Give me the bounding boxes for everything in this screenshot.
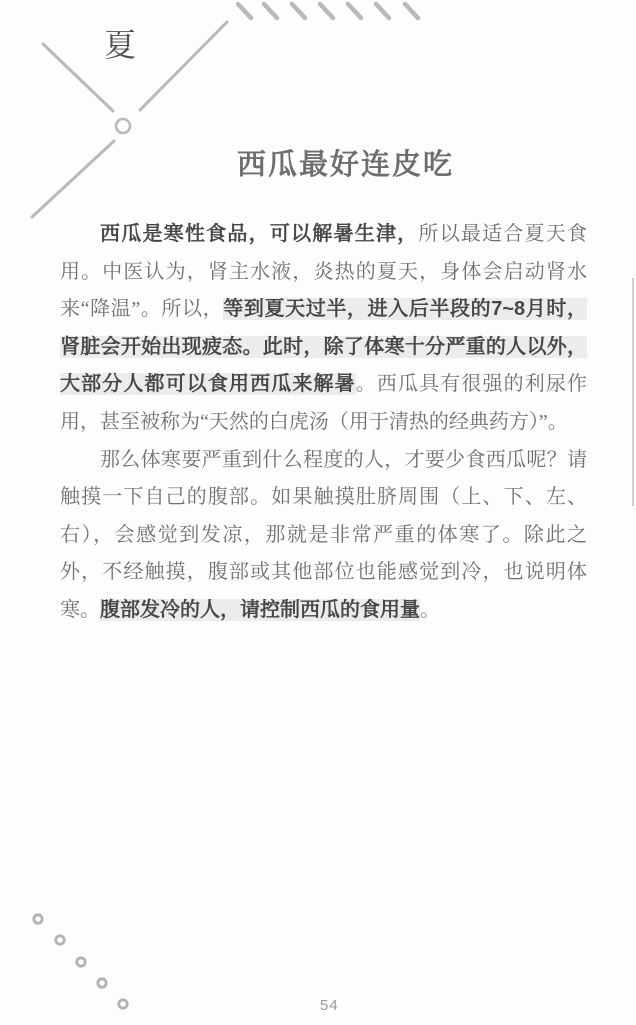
- book-page: 夏 西瓜最好连皮吃 西瓜是寒性食品，可以解暑生津，所以最适合夏天食用。中医认为，…: [0, 0, 636, 1025]
- paragraph: 那么体寒要严重到什么程度的人，才要少食西瓜呢？请触摸一下自己的腹部。如果触摸肚脐…: [60, 442, 587, 630]
- text-segment-bold: 西瓜是寒性食品，可以解暑生津，: [100, 223, 418, 245]
- season-label: 夏: [104, 20, 137, 66]
- paragraph: 西瓜是寒性食品，可以解暑生津，所以最适合夏天食用。中医认为，肾主水液，炎热的夏天…: [60, 216, 587, 442]
- bottom-corner-decoration: [0, 890, 160, 1025]
- chapter-title: 西瓜最好连皮吃: [237, 142, 454, 183]
- top-corner-decoration: [0, 0, 460, 230]
- text-segment-normal: 。: [420, 599, 440, 621]
- ring-ornament-icon: [116, 119, 130, 133]
- dotted-trail-icon: [34, 915, 127, 1008]
- body-text: 西瓜是寒性食品，可以解暑生津，所以最适合夏天食用。中医认为，肾主水液，炎热的夏天…: [60, 216, 587, 630]
- right-margin-rule: [632, 278, 634, 506]
- text-segment-bold-highlight: 腹部发冷的人，请控制西瓜的食用量: [100, 599, 420, 621]
- hatch-marks-icon: [238, 4, 418, 18]
- text-segment-normal: 那么体寒要严重到什么程度的人，才要少食西瓜呢？请触摸一下自己的腹部。如果触摸肚脐…: [60, 449, 587, 621]
- page-number: 54: [320, 997, 339, 1014]
